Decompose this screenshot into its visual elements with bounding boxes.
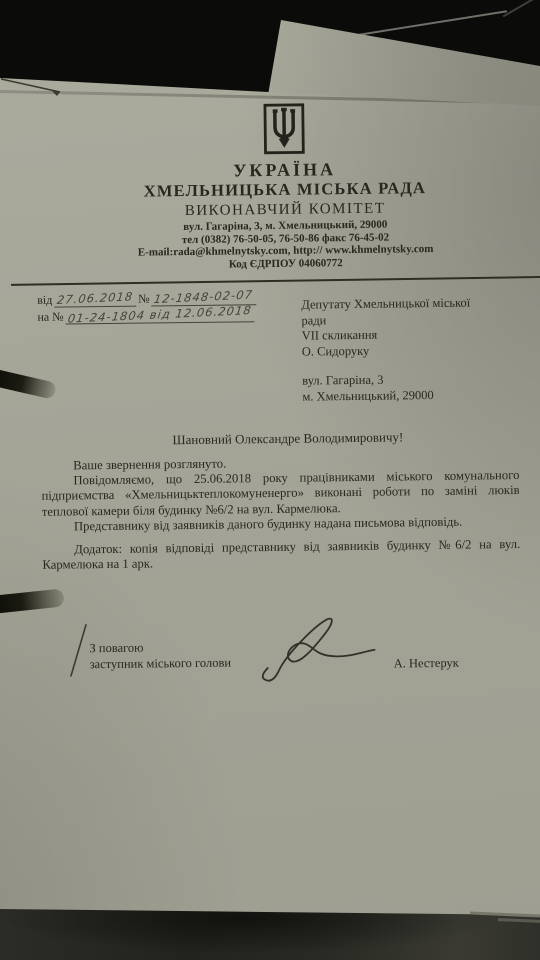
out-date-label: від [37, 293, 52, 307]
letterhead-divider [11, 276, 540, 286]
out-date-handwritten: 27.06.2018 [53, 288, 137, 308]
recipient-line: Депутату Хмельницької міської ради [301, 295, 486, 328]
ukraine-trident-emblem-icon [263, 103, 306, 156]
reference-block: від27.06.2018№12-1848-02-07 на №01-24-18… [37, 288, 277, 325]
recipient-address-line: м. Хмельницький, 29000 [302, 387, 487, 405]
incoming-reference: на №01-24-1804 від 12.06.2018 [37, 305, 277, 325]
signer-name: А. Нестерук [394, 656, 459, 672]
signature-block: З повагою заступник міського голови А. Н… [5, 609, 540, 706]
light-reflection [503, 0, 540, 17]
salutation: Шановний Олександре Володимировичу! [63, 428, 513, 449]
photo-of-letter: УКРАЇНА ХМЕЛЬНИЦЬКА МІСЬКА РАДА ВИКОНАВЧ… [0, 0, 540, 960]
light-reflection [359, 10, 507, 35]
letter-paper: УКРАЇНА ХМЕЛЬНИЦЬКА МІСЬКА РАДА ВИКОНАВЧ… [0, 0, 540, 960]
body-paragraph: Повідомляємо, що 25.06.2018 року працівн… [41, 468, 520, 519]
letter-content: УКРАЇНА ХМЕЛЬНИЦЬКА МІСЬКА РАДА ВИКОНАВЧ… [0, 0, 540, 960]
handwritten-signature-icon [253, 611, 384, 683]
recipient-block: Депутату Хмельницької міської ради VII с… [301, 295, 487, 404]
letterhead: УКРАЇНА ХМЕЛЬНИЦЬКА МІСЬКА РАДА ВИКОНАВЧ… [33, 100, 537, 273]
signature-closing: З повагою [89, 640, 143, 657]
out-number-label: № [138, 291, 150, 305]
pen-arrow-icon [0, 72, 80, 104]
in-number-label: на № [37, 310, 63, 324]
signer-title: заступник міського голови [90, 656, 232, 673]
attachment-paragraph: Додаток: копія відповіді представнику ві… [42, 537, 520, 573]
pen-slash-mark-icon [67, 622, 90, 678]
letter-body: Ваше звернення розглянуто. Повідомляємо,… [41, 453, 520, 573]
